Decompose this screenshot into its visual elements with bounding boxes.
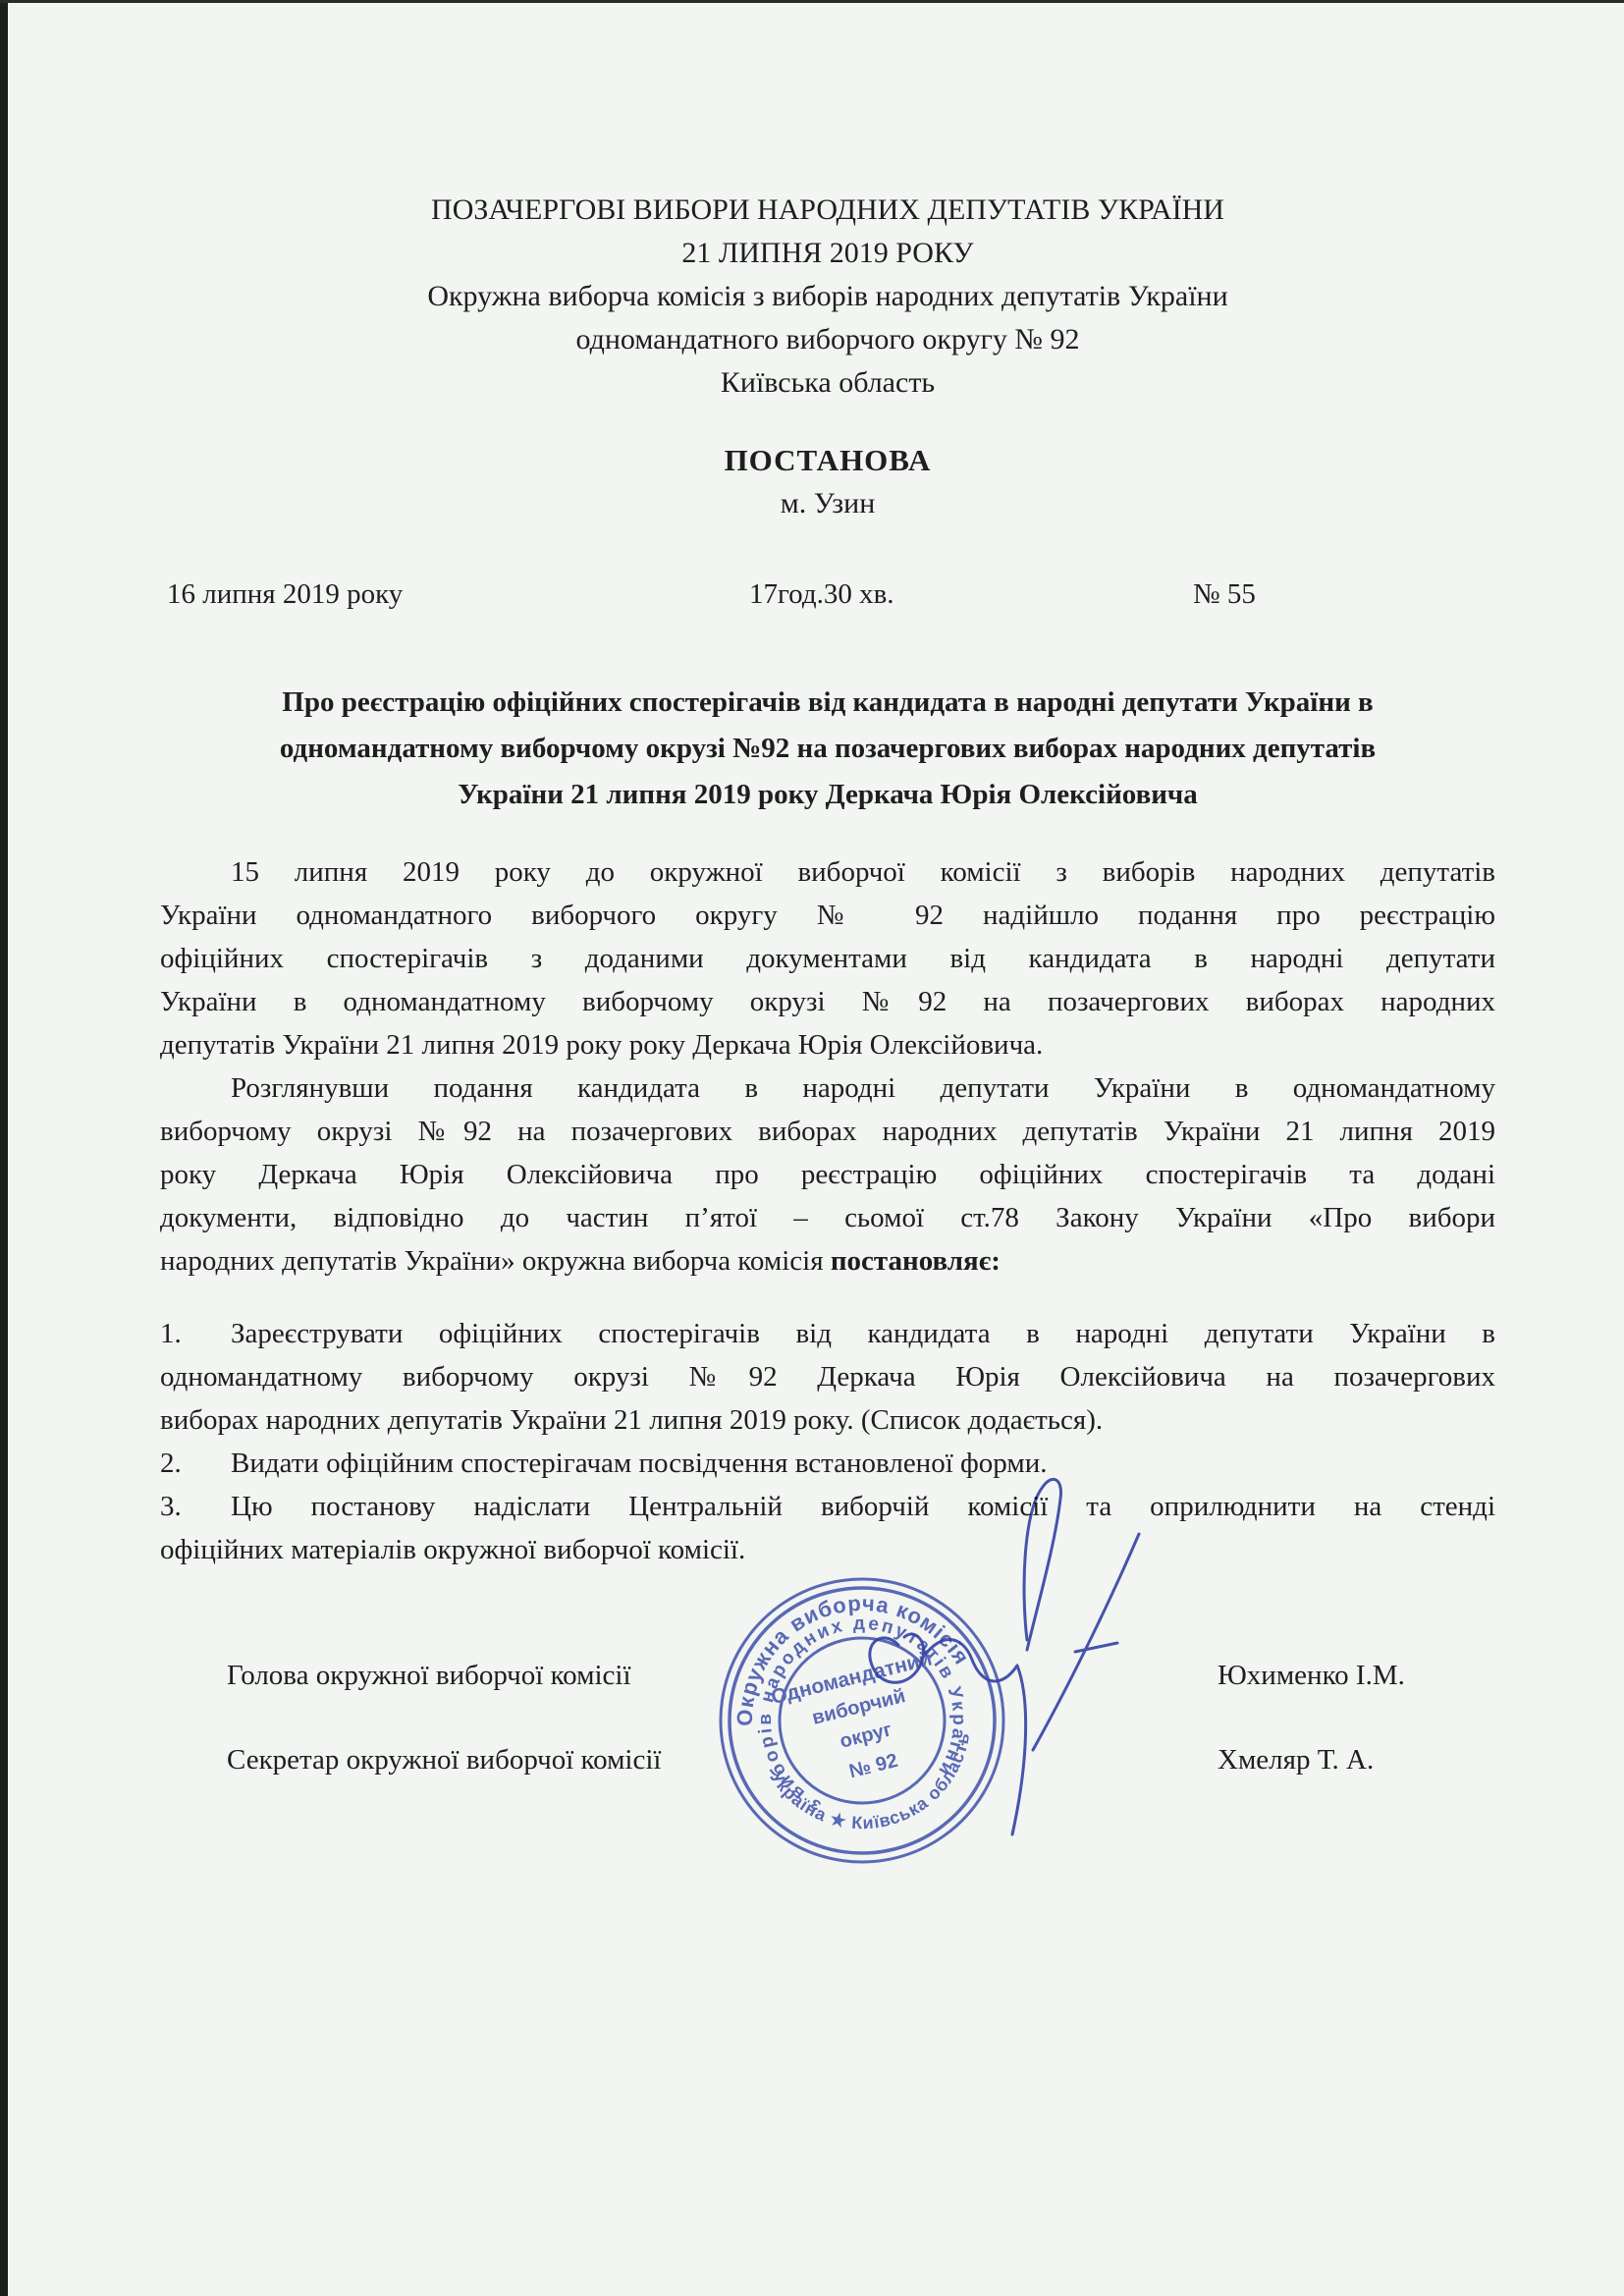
- decree-time: 17год.30 хв.: [749, 573, 894, 616]
- paragraph-line: року Деркача Юрія Олексійовича про реєст…: [160, 1153, 1495, 1196]
- paragraph-line: депутатів України 21 липня 2019 року рок…: [160, 1023, 1495, 1066]
- subject-line: одномандатному виборчому окрузі №92 на п…: [160, 726, 1495, 772]
- doc-place: м. Узин: [160, 482, 1495, 525]
- resolves-keyword: постановляє:: [831, 1245, 1001, 1277]
- meta-row: 16 липня 2019 року 17год.30 хв. № 55: [160, 573, 1495, 616]
- round-stamp: Окружна виборча комісія з виборів народн…: [690, 1549, 1033, 1891]
- document-header: ПОЗАЧЕРГОВІ ВИБОРИ НАРОДНИХ ДЕПУТАТІВ УК…: [160, 189, 1495, 405]
- item-number: 1.: [160, 1312, 231, 1355]
- paragraph-line: 15 липня 2019 року до окружної виборчої …: [160, 850, 1495, 894]
- item-number: 2.: [160, 1442, 231, 1485]
- body-paragraph-1: 15 липня 2019 року до окружної виборчої …: [160, 850, 1495, 1066]
- list-item-1-line: виборах народних депутатів України 21 ли…: [160, 1398, 1495, 1442]
- list-item-1-line: 1.Зареєструвати офіційних спостерігачів …: [160, 1312, 1495, 1355]
- header-election-date: 21 ЛИПНЯ 2019 РОКУ: [160, 232, 1495, 275]
- paragraph-line: Розглянувши подання кандидата в народні …: [160, 1066, 1495, 1110]
- signatory-name: Хмеляр Т. А.: [1218, 1738, 1374, 1781]
- doc-type-title: ПОСТАНОВА: [160, 439, 1495, 482]
- subject-title: Про реєстрацію офіційних спостерігачів в…: [160, 680, 1495, 818]
- paragraph-text: народних депутатів України» окружна вибо…: [160, 1245, 831, 1277]
- signatory-title: Голова окружної виборчої комісії: [227, 1654, 631, 1697]
- paragraph-line: документи, відповідно до частин п’ятої –…: [160, 1196, 1495, 1239]
- paragraph-line: офіційних спостерігачів з доданими докум…: [160, 937, 1495, 980]
- body-paragraph-2: Розглянувши подання кандидата в народні …: [160, 1066, 1495, 1283]
- decree-heading: ПОСТАНОВА м. Узин: [160, 439, 1495, 525]
- header-district-number: одномандатного виборчого округу № 92: [160, 318, 1495, 361]
- scan-border-top: [0, 0, 1624, 3]
- paragraph-line: України одномандатного виборчого округу …: [160, 894, 1495, 937]
- paragraph-line: виборчому окрузі №92 на позачергових виб…: [160, 1110, 1495, 1153]
- paragraph-line: народних депутатів України» окружна вибо…: [160, 1239, 1495, 1283]
- scan-border-left: [0, 0, 8, 2296]
- header-region: Київська область: [160, 361, 1495, 405]
- subject-line: України 21 липня 2019 року Деркача Юрія …: [160, 772, 1495, 818]
- paragraph-line: України в одномандатному виборчому окруз…: [160, 980, 1495, 1023]
- signatory-title: Секретар окружної виборчої комісії: [227, 1738, 661, 1781]
- subject-line: Про реєстрацію офіційних спостерігачів в…: [160, 680, 1495, 726]
- scanned-document-page: ПОЗАЧЕРГОВІ ВИБОРИ НАРОДНИХ ДЕПУТАТІВ УК…: [0, 0, 1624, 2296]
- item-number: 3.: [160, 1485, 231, 1528]
- stamp-center-line4: № 92: [847, 1750, 900, 1782]
- item-text: Зареєструвати офіційних спостерігачів ві…: [231, 1318, 1495, 1349]
- list-item-1-line: одномандатному виборчому окрузі №92 Дерк…: [160, 1355, 1495, 1398]
- decree-number: № 55: [1193, 573, 1256, 616]
- decree-date: 16 липня 2019 року: [167, 573, 403, 616]
- stamp-center-line3: округ: [838, 1719, 893, 1752]
- header-election-title: ПОЗАЧЕРГОВІ ВИБОРИ НАРОДНИХ ДЕПУТАТІВ УК…: [160, 189, 1495, 232]
- header-commission-name: Окружна виборча комісія з виборів народн…: [160, 275, 1495, 318]
- stamp-and-signature: Окружна виборча комісія з виборів народн…: [677, 1444, 1188, 1915]
- signatory-name: Юхименко І.М.: [1218, 1654, 1405, 1697]
